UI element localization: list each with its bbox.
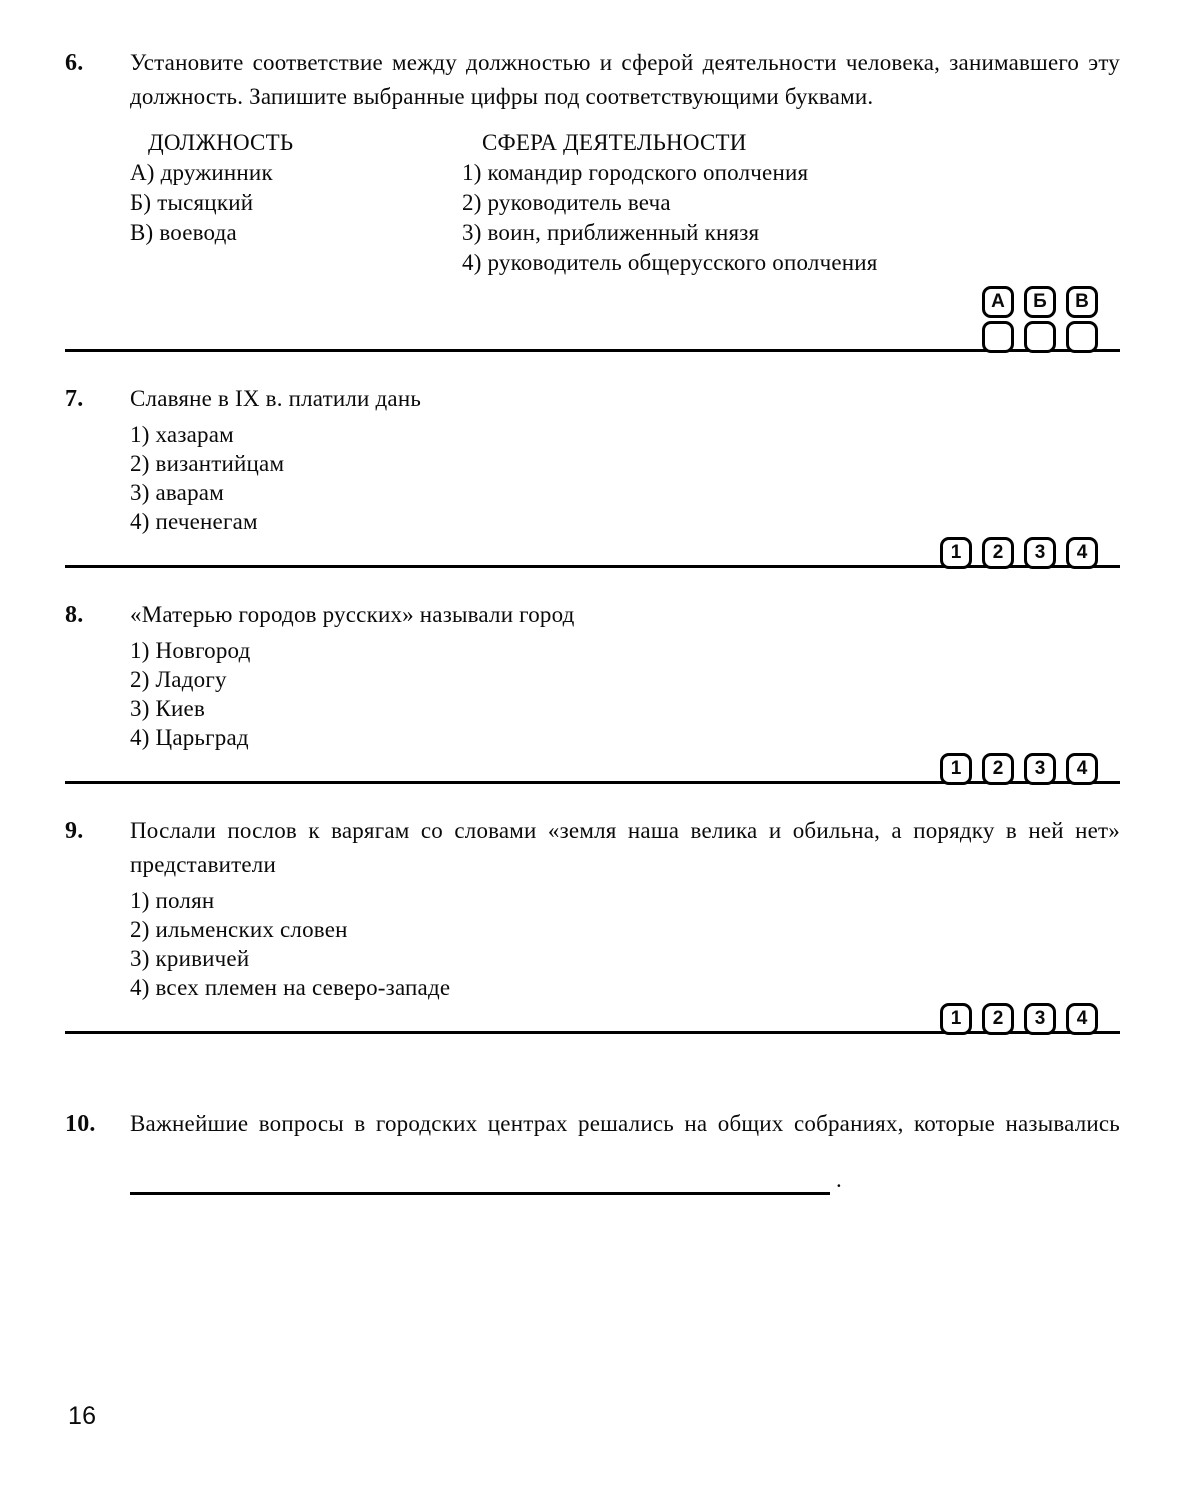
option-item: 2) ильменских словен	[130, 915, 1120, 944]
question-number: 7.	[65, 382, 130, 569]
option-item: 1) Новгород	[130, 636, 1120, 665]
question-number: 8.	[65, 598, 130, 785]
question-text: «Матерью городов русских» называли город	[130, 598, 1120, 632]
question-6: 6. Установите соответствие между должнос…	[65, 46, 1120, 353]
match-item: А) дружинник	[130, 158, 462, 188]
answer-letter-cell: Б	[1024, 286, 1056, 318]
answer-area: 1 2 3 4	[130, 537, 1120, 569]
question-10: 10. Важнейшие вопросы в городских центра…	[65, 1096, 1120, 1208]
answer-digit-cell[interactable]: 1	[940, 537, 972, 569]
match-item: Б) тысяцкий	[130, 188, 462, 218]
match-item: 4) руководитель общерусского ополчения	[462, 248, 1120, 278]
answer-grid: 1 2 3 4	[940, 537, 1098, 569]
option-item: 4) Царьград	[130, 723, 1120, 752]
option-item: 2) Ладогу	[130, 665, 1120, 694]
question-9: 9. Послали послов к варягам со словами «…	[65, 814, 1120, 1035]
answer-digit-cell[interactable]: 4	[1066, 753, 1098, 785]
answer-area: А Б В	[130, 286, 1120, 353]
question-8: 8. «Матерью городов русских» называли го…	[65, 598, 1120, 785]
answer-digit-cell[interactable]: 3	[1024, 1003, 1056, 1035]
match-left-header: ДОЛЖНОСТЬ	[130, 128, 462, 158]
answer-digit-cell[interactable]: 1	[940, 1003, 972, 1035]
answer-write-cell[interactable]	[1066, 321, 1098, 353]
options-list: 1) Новгород 2) Ладогу 3) Киев 4) Царьгра…	[130, 636, 1120, 752]
match-item: 1) командир городского ополчения	[462, 158, 1120, 188]
match-item: В) воевода	[130, 218, 462, 248]
answer-grid: 1 2 3 4	[940, 1003, 1098, 1035]
match-item: 2) руководитель веча	[462, 188, 1120, 218]
question-text: Послали послов к варягам со словами «зем…	[130, 814, 1120, 882]
question-number: 9.	[65, 814, 130, 1035]
answer-digit-cell[interactable]: 1	[940, 753, 972, 785]
answer-digit-cell[interactable]: 2	[982, 1003, 1014, 1035]
options-list: 1) полян 2) ильменских словен 3) кривиче…	[130, 886, 1120, 1002]
option-item: 3) аварам	[130, 478, 1120, 507]
match-item: 3) воин, приближенный князя	[462, 218, 1120, 248]
question-text-body: Важнейшие вопросы в городских центрах ре…	[130, 1111, 1120, 1136]
options-list: 1) хазарам 2) византийцам 3) аварам 4) п…	[130, 420, 1120, 536]
answer-letter-cell: А	[982, 286, 1014, 318]
question-7: 7. Славяне в IX в. платили дань 1) хазар…	[65, 382, 1120, 569]
question-number: 10.	[65, 1096, 130, 1208]
answer-digit-cell[interactable]: 3	[1024, 537, 1056, 569]
question-text: Важнейшие вопросы в городских центрах ре…	[130, 1096, 1120, 1208]
answer-area: 1 2 3 4	[130, 1003, 1120, 1035]
question-text: Славяне в IX в. платили дань	[130, 382, 1120, 416]
option-item: 3) Киев	[130, 694, 1120, 723]
answer-write-cell[interactable]	[1024, 321, 1056, 353]
answer-digit-cell[interactable]: 2	[982, 537, 1014, 569]
workbook-page: 6. Установите соответствие между должнос…	[0, 0, 1181, 1506]
question-number: 6.	[65, 46, 130, 353]
answer-grid: А Б В	[982, 286, 1098, 353]
option-item: 3) кривичей	[130, 944, 1120, 973]
answer-grid: 1 2 3 4	[940, 753, 1098, 785]
answer-letter-cell: В	[1066, 286, 1098, 318]
answer-area: 1 2 3 4	[130, 753, 1120, 785]
answer-blank-line[interactable]	[130, 1192, 830, 1195]
match-right-column: СФЕРА ДЕЯТЕЛЬНОСТИ 1) командир городског…	[462, 128, 1120, 278]
answer-write-cell[interactable]	[982, 321, 1014, 353]
question-text-suffix: .	[836, 1167, 842, 1192]
option-item: 1) полян	[130, 886, 1120, 915]
answer-digit-cell[interactable]: 4	[1066, 1003, 1098, 1035]
match-left-column: ДОЛЖНОСТЬ А) дружинник Б) тысяцкий В) во…	[130, 128, 462, 278]
option-item: 1) хазарам	[130, 420, 1120, 449]
matching-table: ДОЛЖНОСТЬ А) дружинник Б) тысяцкий В) во…	[130, 128, 1120, 278]
option-item: 4) печенегам	[130, 507, 1120, 536]
question-text: Установите соответствие между должностью…	[130, 46, 1120, 114]
answer-digit-cell[interactable]: 4	[1066, 537, 1098, 569]
answer-digit-cell[interactable]: 3	[1024, 753, 1056, 785]
match-right-header: СФЕРА ДЕЯТЕЛЬНОСТИ	[462, 128, 1120, 158]
page-number: 16	[68, 1402, 96, 1431]
option-item: 2) византийцам	[130, 449, 1120, 478]
option-item: 4) всех племен на северо-западе	[130, 973, 1120, 1002]
answer-digit-cell[interactable]: 2	[982, 753, 1014, 785]
